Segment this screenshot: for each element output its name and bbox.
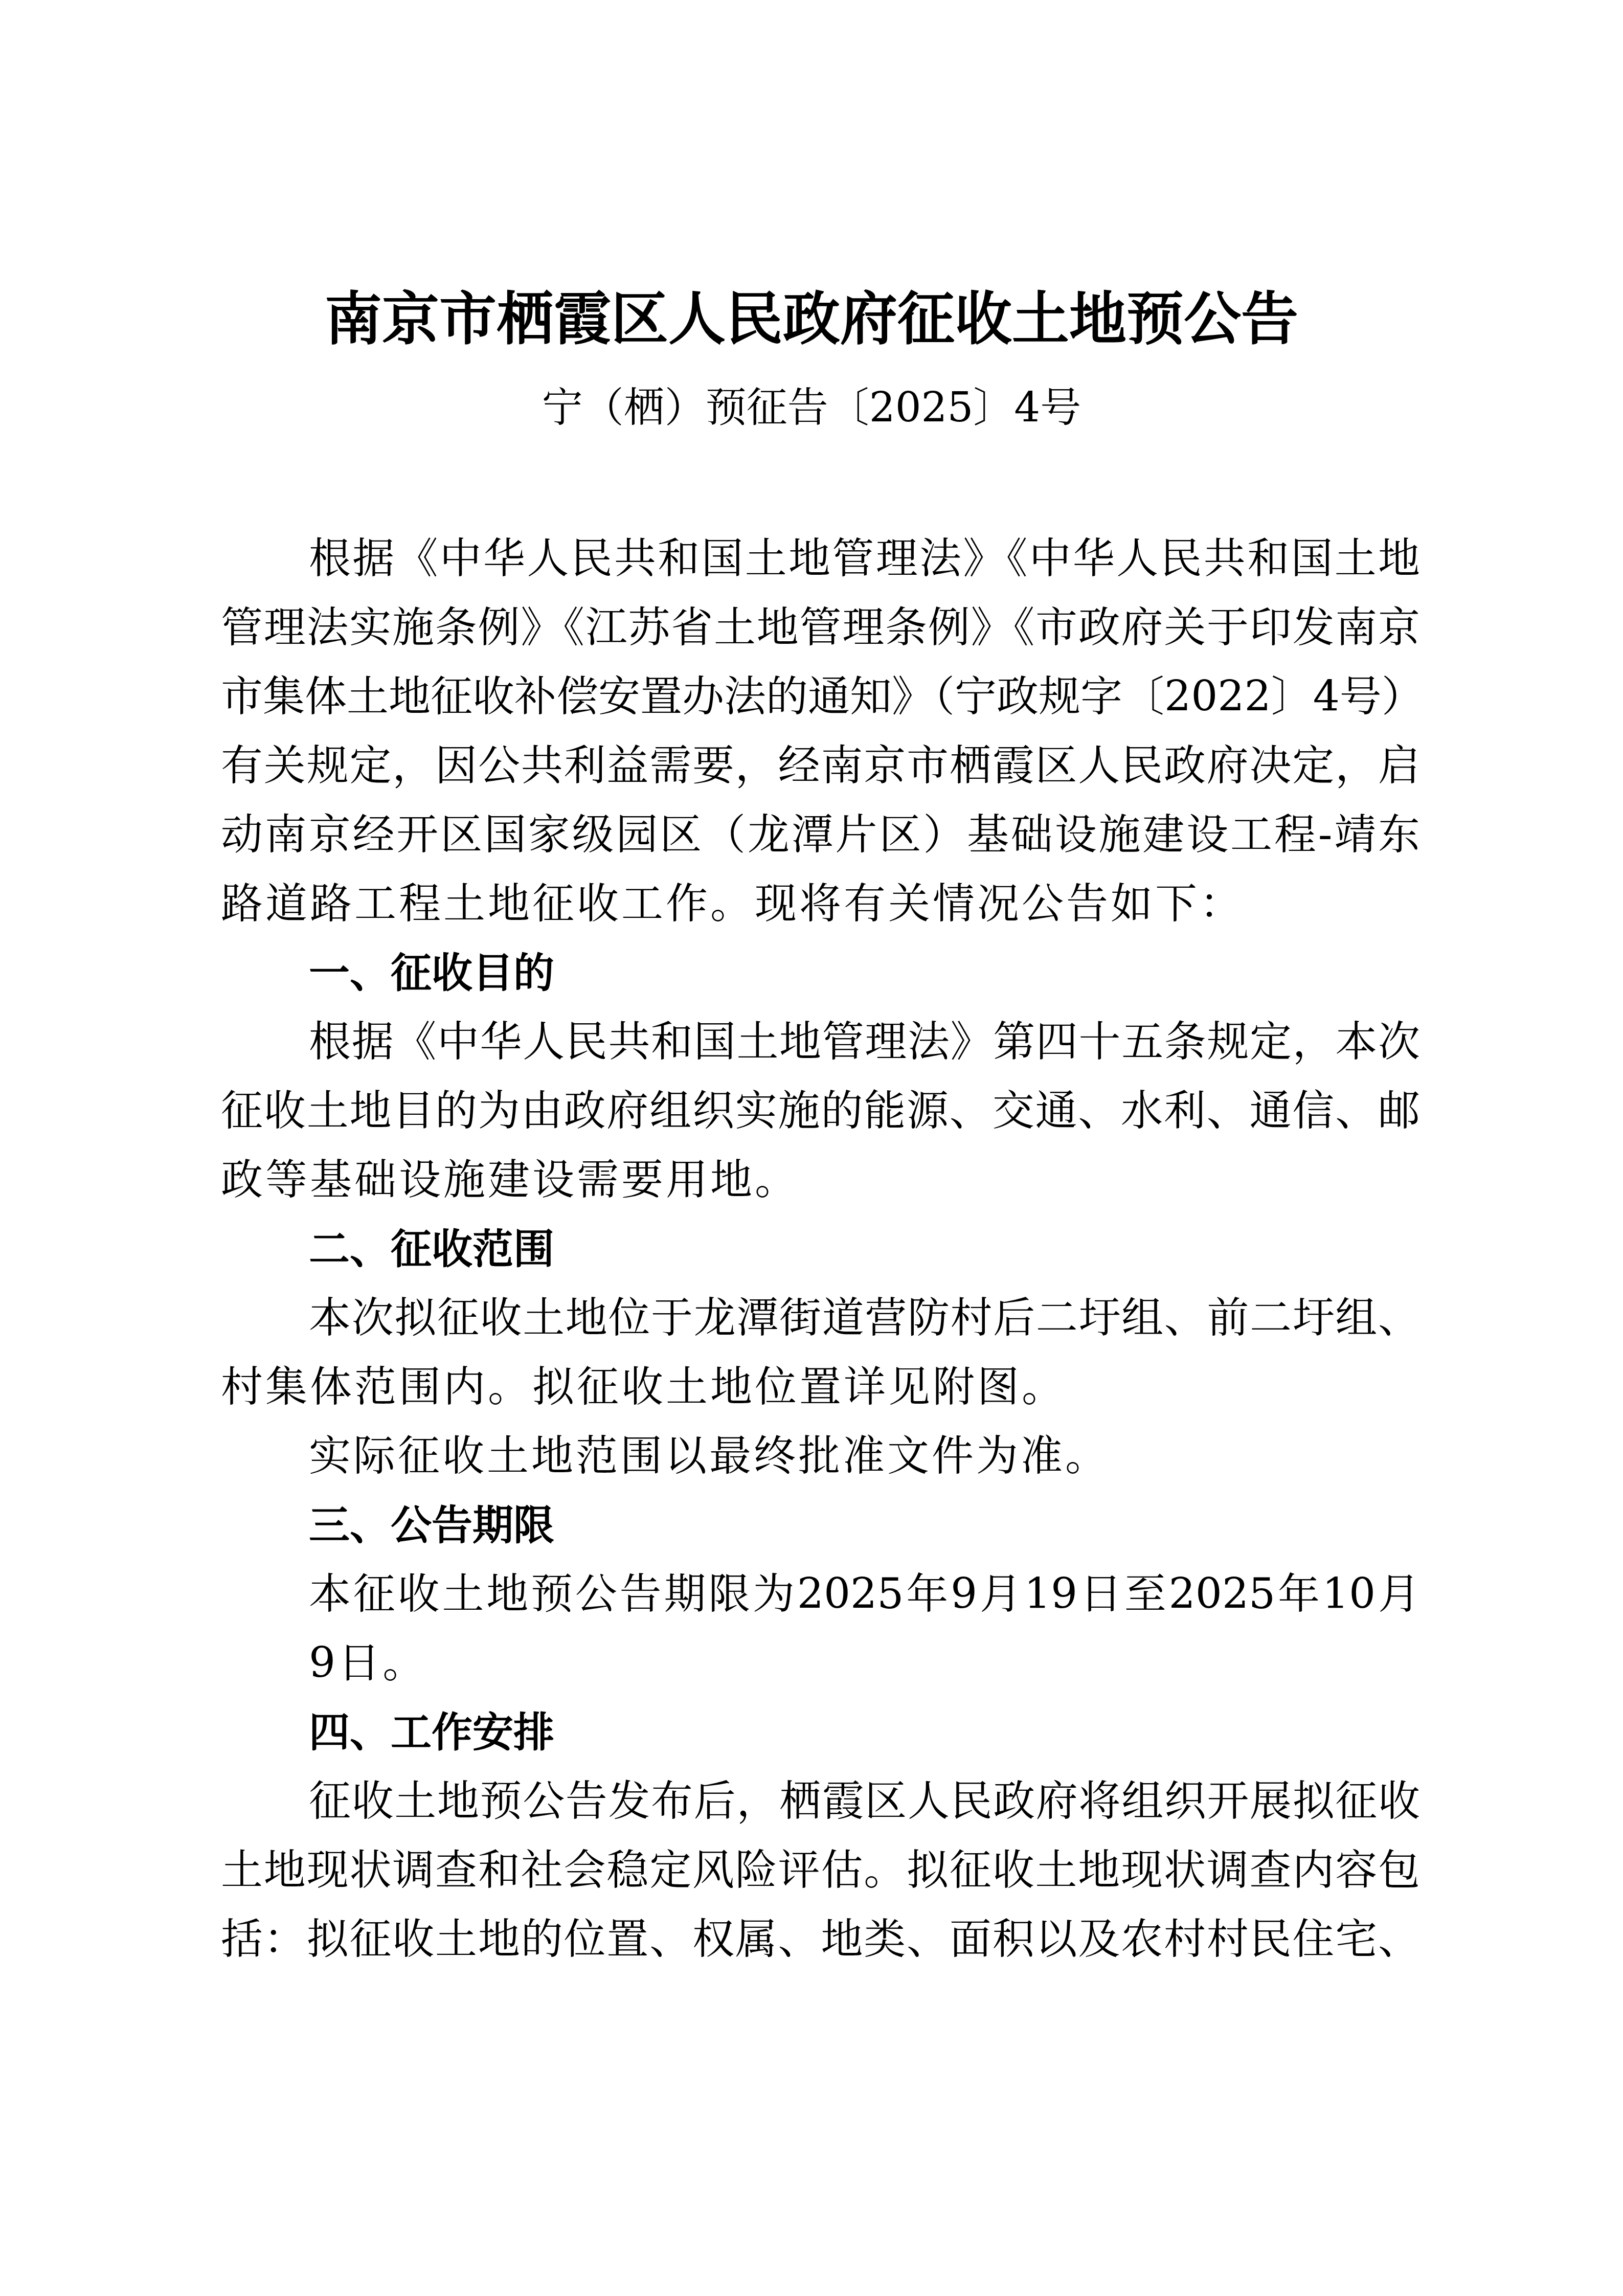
document-title: 南京市栖霞区人民政府征收土地预公告 — [0, 284, 1623, 355]
paragraph-line: 土地现状调查和社会稳定风险评估。拟征收土地现状调查内容包 — [221, 1836, 1420, 1905]
paragraph-line: 征收土地预公告发布后，栖霞区人民政府将组织开展拟征收 — [221, 1767, 1420, 1836]
paragraph-line: 管理法实施条例》《江苏省土地管理条例》《市政府关于印发南京 — [221, 593, 1420, 662]
paragraph-line: 括：拟征收土地的位置、权属、地类、面积以及农村村民住宅、 — [221, 1905, 1420, 1974]
paragraph-line: 政等基础设施建设需要用地。 — [221, 1145, 1420, 1214]
paragraph-line: 根据《中华人民共和国土地管理法》《中华人民共和国土地 — [221, 524, 1420, 593]
document-number: 宁（栖）预征告〔2025〕4号 — [0, 379, 1623, 436]
document-body: 根据《中华人民共和国土地管理法》《中华人民共和国土地 管理法实施条例》《江苏省土… — [221, 524, 1420, 1974]
paragraph-line: 市集体土地征收补偿安置办法的通知》（宁政规字〔2022〕4号） — [221, 662, 1420, 731]
paragraph-line: 实际征收土地范围以最终批准文件为准。 — [221, 1422, 1420, 1491]
paragraph-line: 9日。 — [221, 1629, 1420, 1698]
paragraph-line: 根据《中华人民共和国土地管理法》第四十五条规定，本次 — [221, 1007, 1420, 1076]
document-page: 南京市栖霞区人民政府征收土地预公告 宁（栖）预征告〔2025〕4号 根据《中华人… — [0, 0, 1623, 2296]
paragraph-line: 路道路工程土地征收工作。现将有关情况公告如下： — [221, 869, 1420, 938]
section-heading-arrangement: 四、工作安排 — [221, 1698, 1420, 1767]
paragraph-line: 本征收土地预公告期限为2025年9月19日至2025年10月 — [221, 1560, 1420, 1629]
section-heading-purpose: 一、征收目的 — [221, 938, 1420, 1007]
paragraph-line: 村集体范围内。拟征收土地位置详见附图。 — [221, 1353, 1420, 1422]
paragraph-line: 本次拟征收土地位于龙潭街道营防村后二圩组、前二圩组、 — [221, 1284, 1420, 1353]
section-heading-period: 三、公告期限 — [221, 1491, 1420, 1560]
paragraph-line: 动南京经开区国家级园区（龙潭片区）基础设施建设工程-靖东 — [221, 800, 1420, 869]
section-heading-scope: 二、征收范围 — [221, 1214, 1420, 1284]
paragraph-line: 征收土地目的为由政府组织实施的能源、交通、水利、通信、邮 — [221, 1076, 1420, 1145]
paragraph-line: 有关规定，因公共利益需要，经南京市栖霞区人民政府决定，启 — [221, 731, 1420, 800]
